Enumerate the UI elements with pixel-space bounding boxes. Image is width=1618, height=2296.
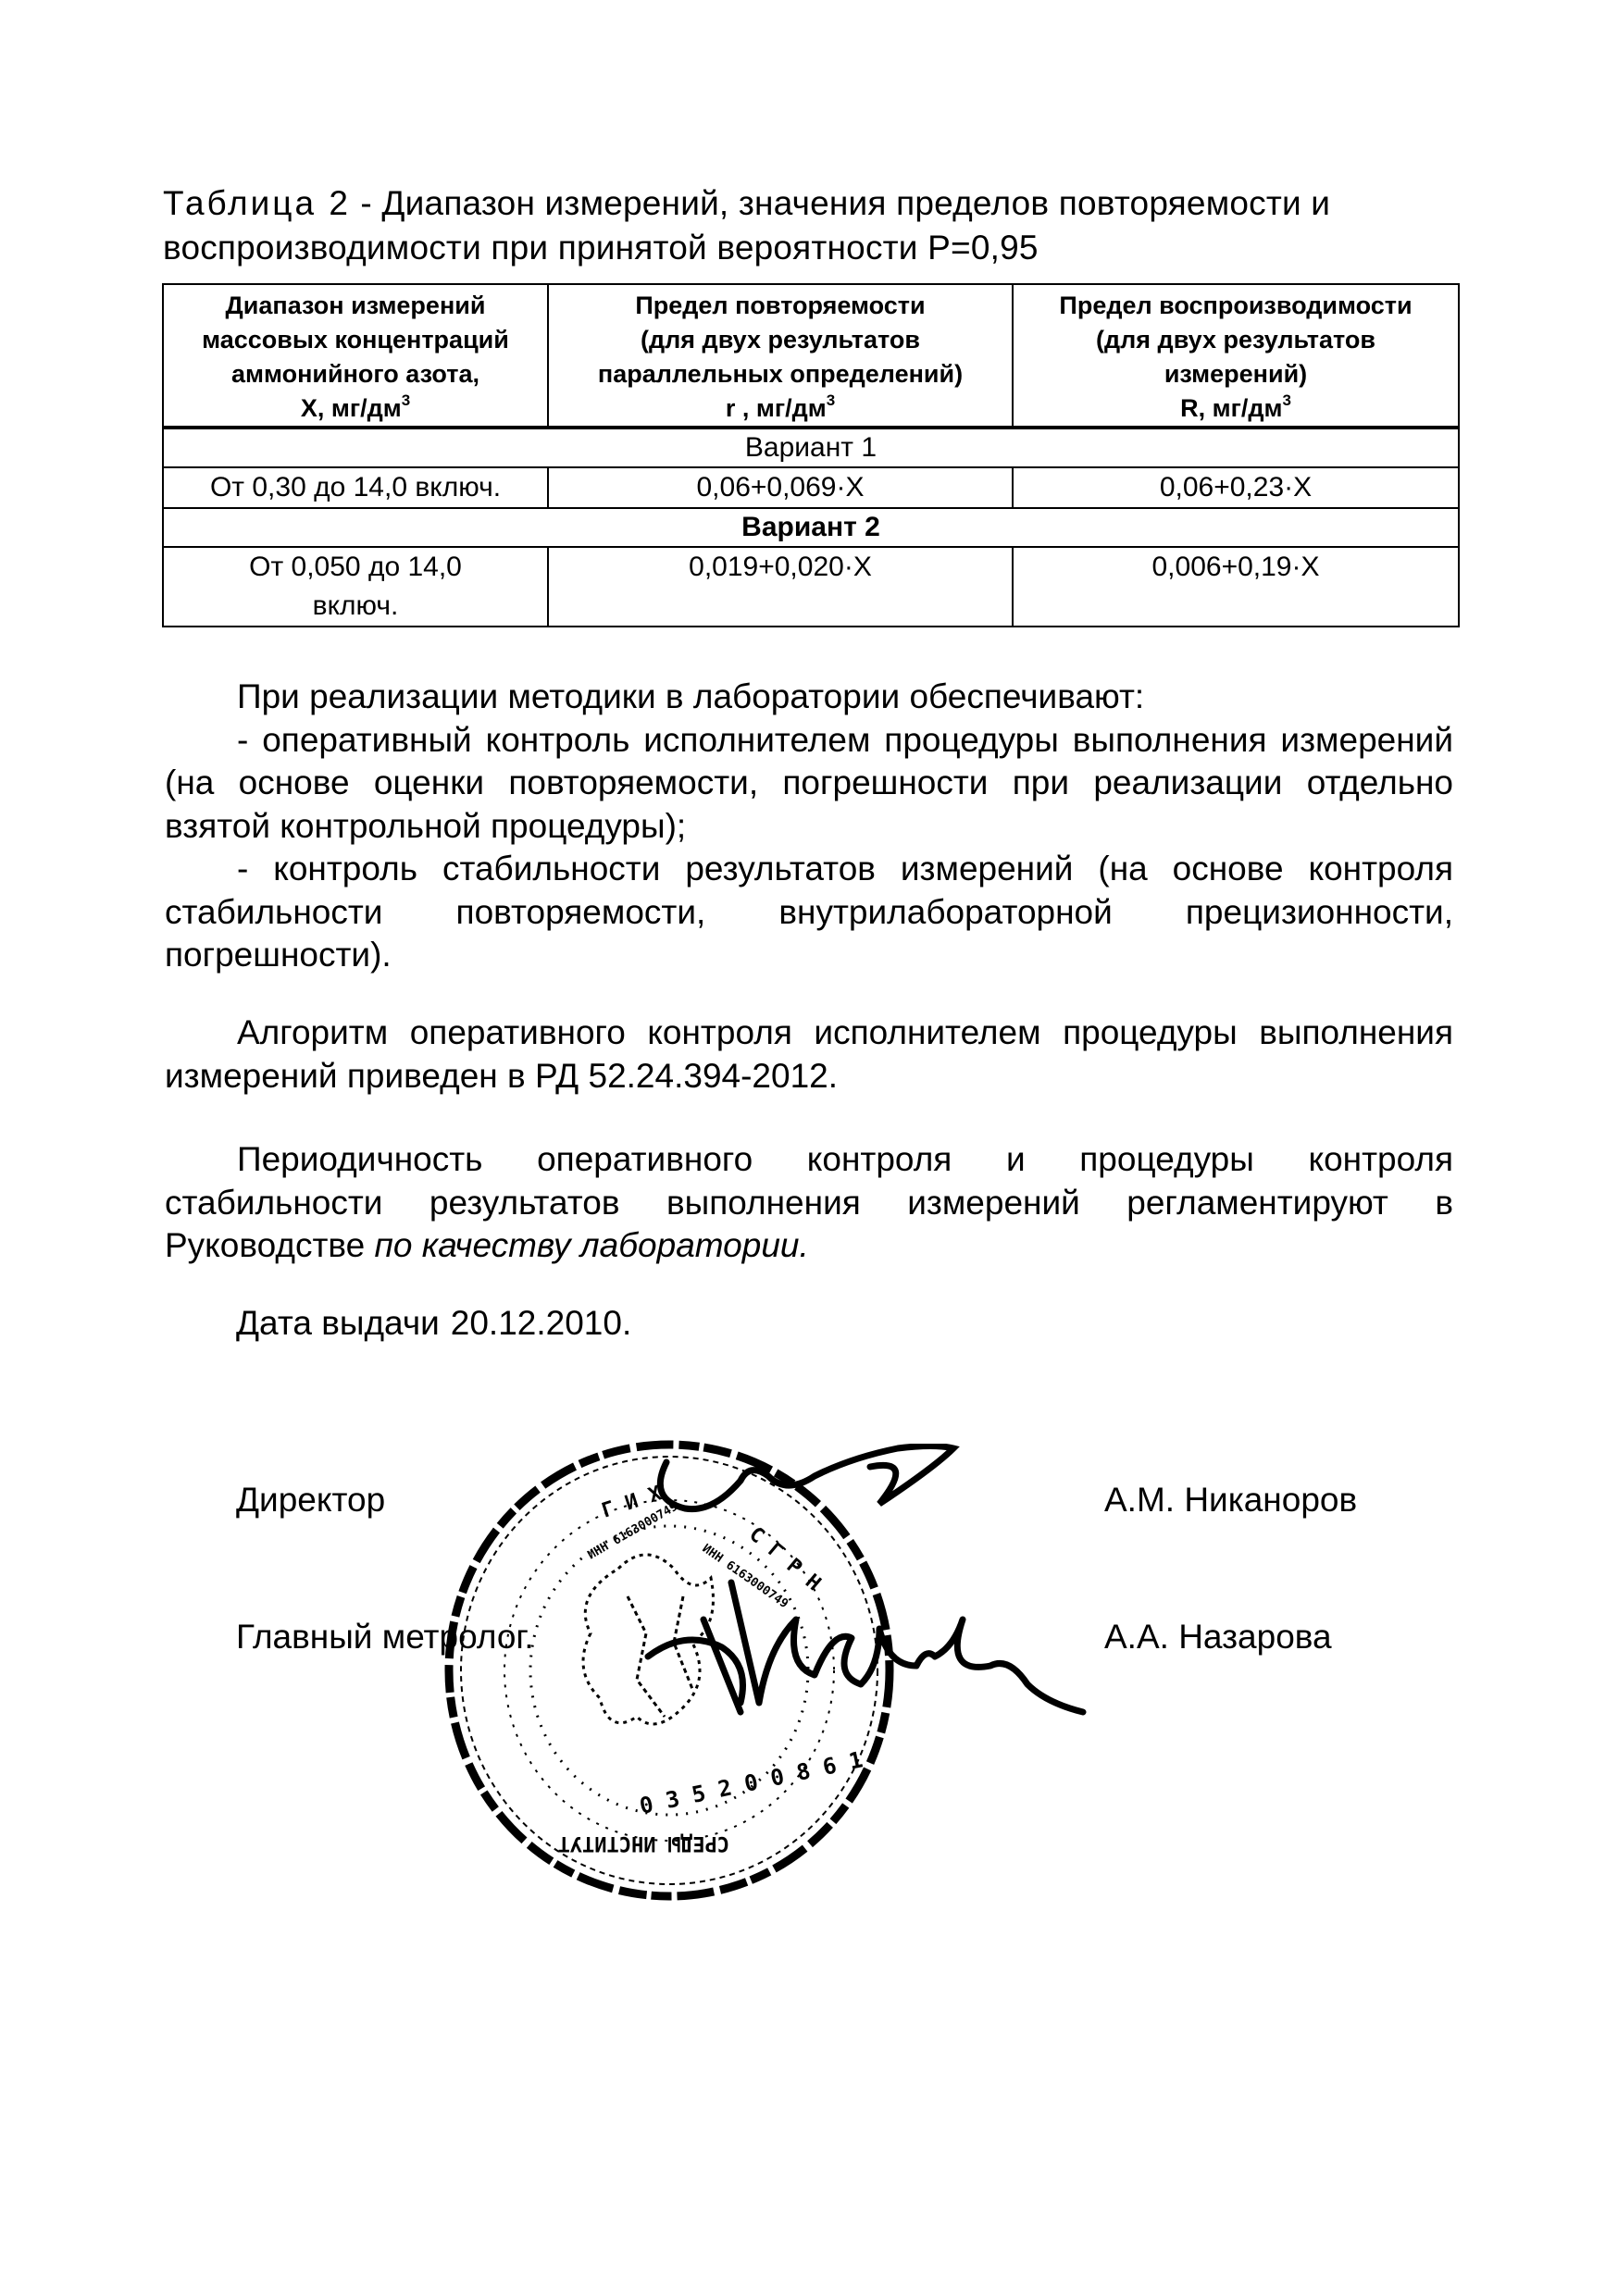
control-item-stability: - контроль стабильности результатов изме… xyxy=(165,850,1453,974)
table-row: От 0,30 до 14,0 включ. 0,06+0,069·Х 0,06… xyxy=(163,467,1459,508)
svg-text:С Г Р Н: С Г Р Н xyxy=(744,1522,825,1595)
algorithm-paragraph: Алгоритм оперативного контроля исполните… xyxy=(165,1011,1453,1098)
table-header-row: Диапазон измерений массовых концентраций… xyxy=(163,284,1459,428)
reproducibility-cell: 0,006+0,19·Х xyxy=(1013,547,1459,627)
variant-2-label: Вариант 2 xyxy=(163,508,1459,547)
svg-text:Г И Х: Г И Х xyxy=(599,1482,665,1522)
caption-line1: - Диапазон измерений, значения пределов … xyxy=(351,184,1330,222)
variant-1-row: Вариант 1 xyxy=(163,428,1459,467)
control-paragraph: При реализации методики в лаборатории об… xyxy=(165,676,1453,977)
range-cell: От 0,050 до 14,0 включ. xyxy=(163,547,548,627)
reproducibility-cell: 0,06+0,23·Х xyxy=(1013,467,1459,508)
measurement-ranges-table: Диапазон измерений массовых концентраций… xyxy=(162,283,1460,627)
variant-2-row: Вариант 2 xyxy=(163,508,1459,547)
svg-text:ИНН 6163000749: ИНН 6163000749 xyxy=(586,1500,680,1563)
table-caption: Таблица 2 - Диапазон измерений, значения… xyxy=(163,181,1459,270)
control-intro: При реализации методики в лаборатории об… xyxy=(237,677,1144,715)
director-role: Директор xyxy=(236,1479,385,1521)
director-name: А.М. Никаноров xyxy=(1104,1479,1357,1521)
range-cell: От 0,30 до 14,0 включ. xyxy=(163,467,548,508)
variant-1-label: Вариант 1 xyxy=(163,428,1459,467)
caption-lead: Таблица 2 xyxy=(163,184,351,222)
document-page: Таблица 2 - Диапазон измерений, значения… xyxy=(0,0,1618,2296)
metrologist-name: А.А. Назарова xyxy=(1104,1616,1332,1658)
table-row: От 0,050 до 14,0 включ. 0,019+0,020·Х 0,… xyxy=(163,547,1459,627)
control-item-operational: - оперативный контроль исполнителем проц… xyxy=(165,721,1453,845)
svg-text:ИНН 6163000749: ИНН 6163000749 xyxy=(700,1542,790,1611)
metrologist-signature-icon xyxy=(639,1564,1092,1731)
issue-date-value: 20.12.2010. xyxy=(451,1304,631,1342)
official-seal-icon: Г И Х С Г Р Н 0 3 5 2 0 0 8 6 1 СРЕДЫ ИН… xyxy=(442,1439,896,1902)
metrologist-role: Главный метролог. xyxy=(236,1616,534,1658)
repeatability-cell: 0,019+0,020·Х xyxy=(548,547,1013,627)
periodicity-paragraph: Периодичность оперативного контроля и пр… xyxy=(165,1138,1453,1268)
issue-date-label: Дата выдачи xyxy=(236,1304,440,1342)
issue-date: Дата выдачи20.12.2010. xyxy=(236,1302,631,1345)
director-signature-icon xyxy=(639,1444,972,1545)
svg-text:0 3 5 2 0 0 8 6 1: 0 3 5 2 0 0 8 6 1 xyxy=(637,1746,865,1818)
svg-text:СРЕДЫ ИНСТИТУТ: СРЕДЫ ИНСТИТУТ xyxy=(558,1831,729,1855)
caption-line2: воспроизводимости при принятой вероятнос… xyxy=(163,226,1459,270)
header-reproducibility: Предел воспроизводимости (для двух резул… xyxy=(1013,284,1459,428)
repeatability-cell: 0,06+0,069·Х xyxy=(548,467,1013,508)
header-range: Диапазон измерений массовых концентраций… xyxy=(163,284,548,428)
header-repeatability: Предел повторяемости (для двух результат… xyxy=(548,284,1013,428)
